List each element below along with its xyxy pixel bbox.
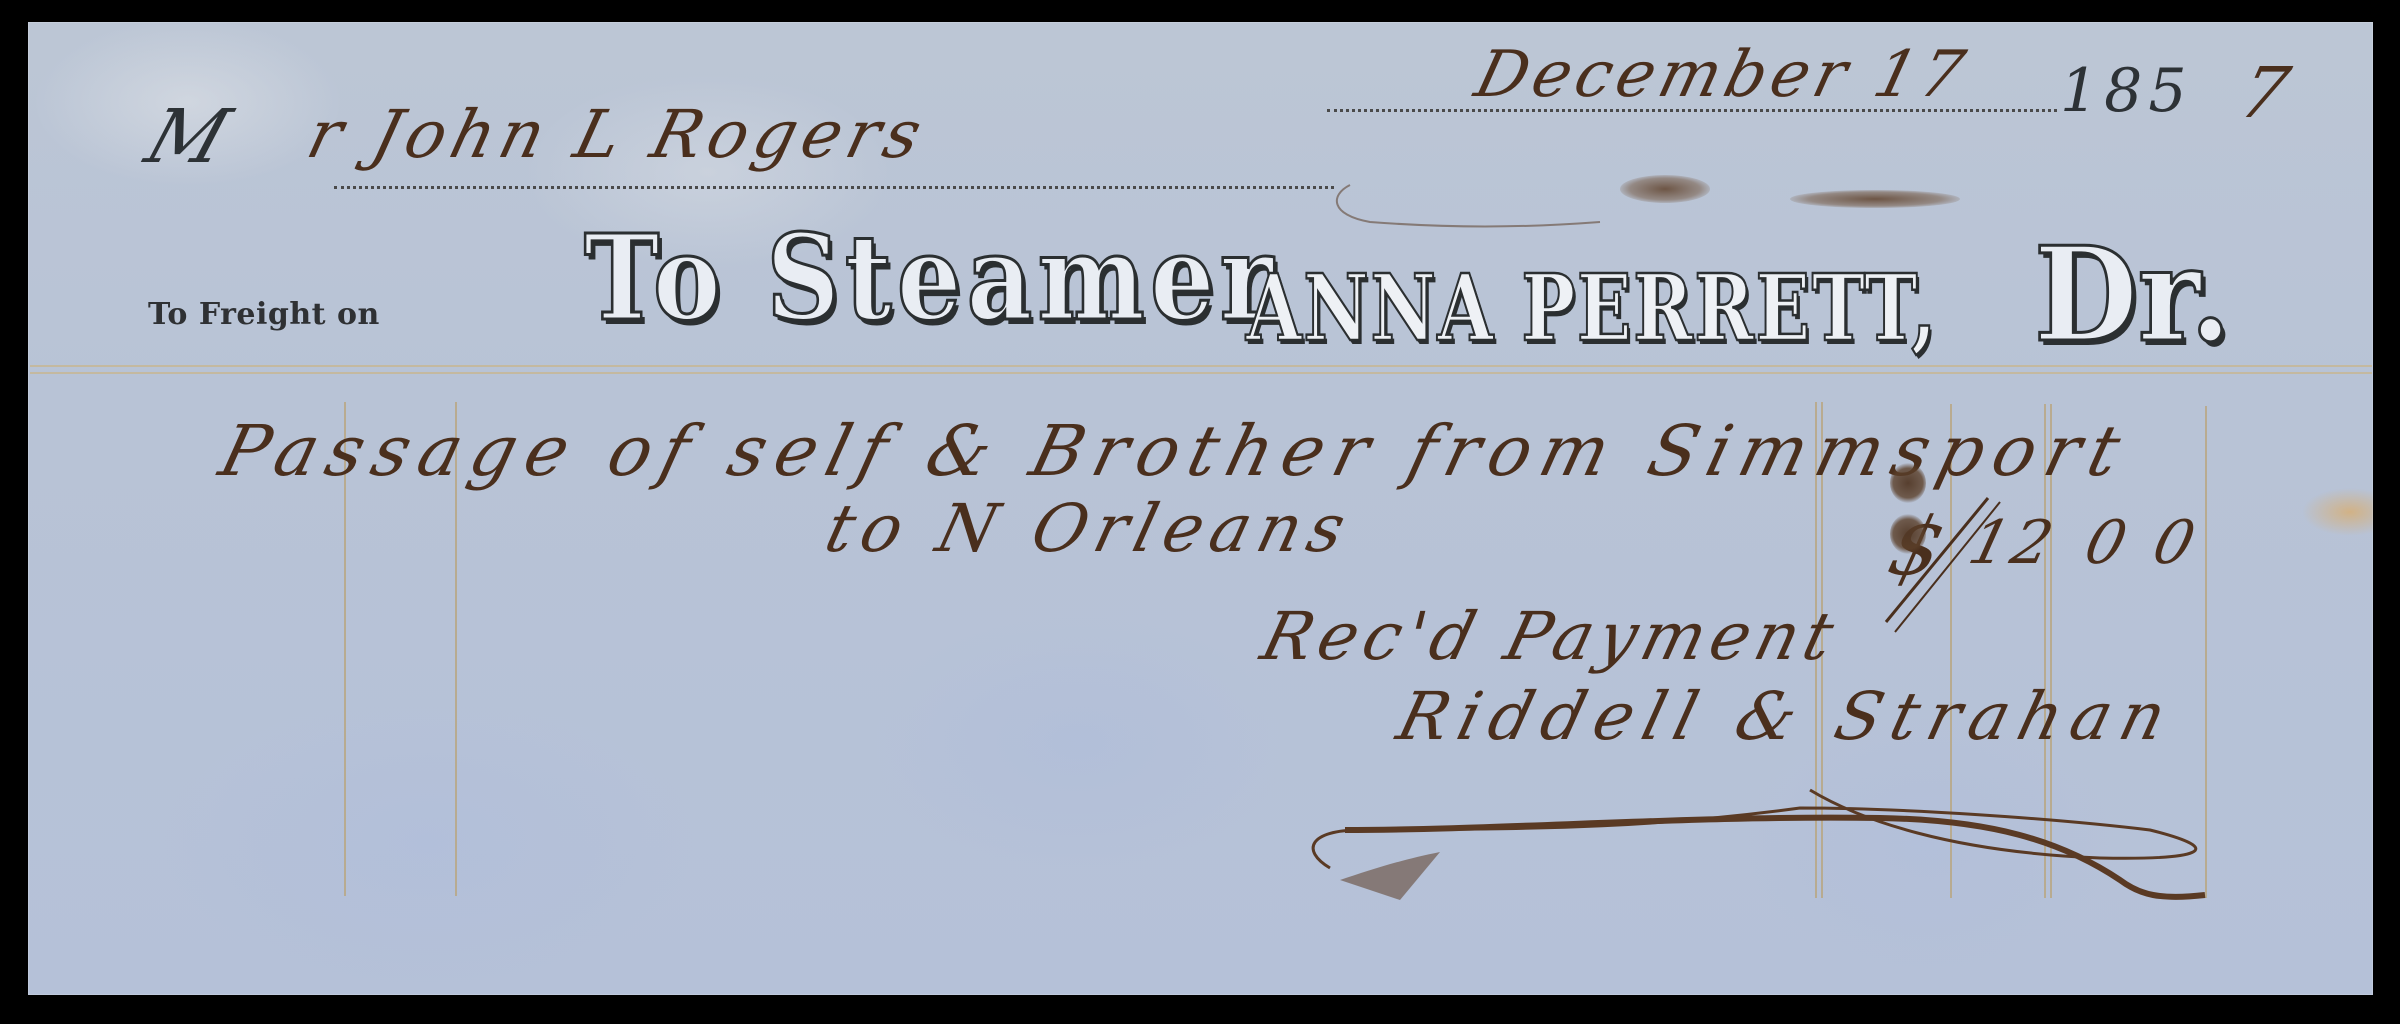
amount-cents: 00 — [2078, 508, 2232, 578]
line-item-description-2: to N Orleans — [818, 490, 1361, 567]
title-prefix: To Steamer — [584, 208, 1278, 347]
line-item-description-1: Passage of self & Brother from Simmsport — [212, 410, 2138, 492]
header-double-rule-top — [30, 365, 2372, 367]
amount-dollars: 12 — [1962, 508, 2064, 578]
ink-smear-top — [1620, 175, 1710, 203]
recipient-dotted-line — [334, 186, 1334, 189]
ink-blot-amount-lower — [1890, 514, 1926, 554]
payment-note: Rec'd Payment — [1254, 598, 1847, 675]
recipient-name: r John L Rogers — [300, 96, 935, 173]
year-printed: 185 — [2060, 56, 2193, 126]
ink-blot-amount-upper — [1890, 463, 1926, 503]
ink-smear-top-trail — [1790, 190, 1960, 208]
debtor-label: Dr. — [2034, 218, 2231, 371]
date-handwritten: December 17 — [1468, 38, 1976, 112]
scan-background: M r John L Rogers December 17 185 7 To F… — [0, 0, 2400, 1024]
column-line-cents-right — [2205, 406, 2207, 898]
header-double-rule-bottom — [30, 372, 2372, 374]
ship-name: ANNA PERRETT, — [1246, 254, 1938, 362]
freight-label: To Freight on — [148, 297, 380, 332]
signature: Riddell & Strahan — [1390, 678, 2183, 755]
